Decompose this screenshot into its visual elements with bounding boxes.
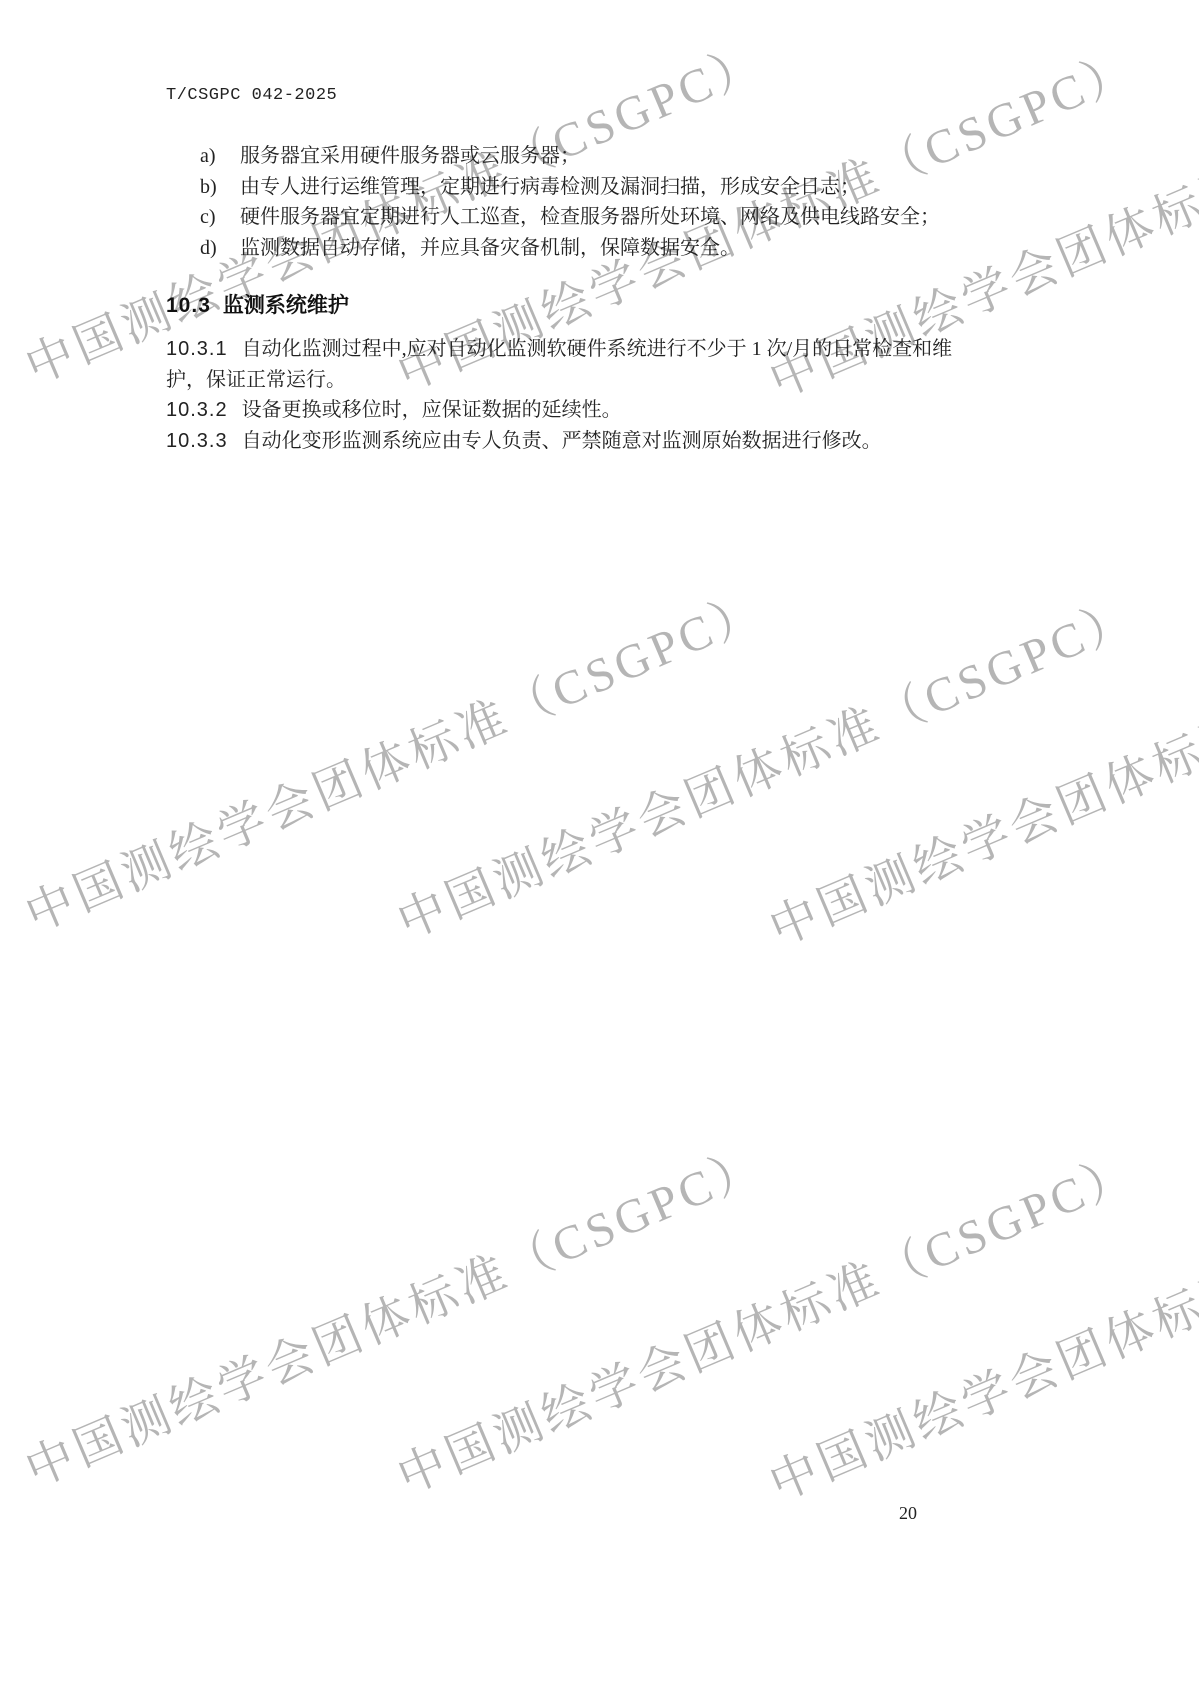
list-item: b)由专人进行运维管理，定期进行病毒检测及漏洞扫描，形成安全日志； [200, 172, 1060, 203]
paragraph-line: 10.3.1自动化监测过程中,应对自动化监测软硬件系统进行不少于 1 次/月的日… [166, 334, 1056, 365]
list-item: d)监测数据自动存储，并应具备灾备机制，保障数据安全。 [200, 233, 1060, 264]
list-item-text: 由专人进行运维管理，定期进行病毒检测及漏洞扫描，形成安全日志； [240, 176, 860, 198]
ordered-list: a)服务器宜采用硬件服务器或云服务器； b)由专人进行运维管理，定期进行病毒检测… [200, 141, 1060, 263]
clause-text: 设备更换或移位时，应保证数据的延续性。 [242, 399, 622, 421]
list-item: c)硬件服务器宜定期进行人工巡查，检查服务器所处环境、网络及供电线路安全； [200, 202, 1060, 233]
clause-number: 10.3.3 [166, 430, 228, 452]
doc-number: T/CSGPC 042-2025 [166, 86, 337, 105]
list-item-text: 服务器宜采用硬件服务器或云服务器； [240, 145, 580, 167]
paragraph-10-3-3: 10.3.3自动化变形监测系统应由专人负责、严禁随意对监测原始数据进行修改。 [166, 426, 1056, 457]
document-page: 中国测绘学会团体标准（CSGPC）中国测绘学会团体标准（CSGPC）中国测绘学会… [0, 0, 1199, 1696]
page-content: T/CSGPC 042-2025 a)服务器宜采用硬件服务器或云服务器； b)由… [0, 0, 1199, 1696]
section-title: 监测系统维护 [223, 294, 349, 317]
paragraph-line: 护，保证正常运行。 [166, 365, 1056, 396]
list-item-label: b) [200, 172, 240, 203]
paragraph-10-3-1: 10.3.1自动化监测过程中,应对自动化监测软硬件系统进行不少于 1 次/月的日… [166, 334, 1056, 396]
list-item-label: d) [200, 233, 240, 264]
paragraph-line: 10.3.3自动化变形监测系统应由专人负责、严禁随意对监测原始数据进行修改。 [166, 426, 1056, 457]
clause-number: 10.3.2 [166, 399, 228, 421]
clause-number: 10.3.1 [166, 338, 228, 360]
page-number: 20 [899, 1503, 917, 1524]
list-item-text: 硬件服务器宜定期进行人工巡查，检查服务器所处环境、网络及供电线路安全； [240, 206, 940, 228]
section-number: 10.3 [166, 294, 211, 317]
clause-text: 自动化变形监测系统应由专人负责、严禁随意对监测原始数据进行修改。 [242, 430, 882, 452]
list-item-text: 监测数据自动存储，并应具备灾备机制，保障数据安全。 [240, 237, 740, 259]
paragraph-line: 10.3.2设备更换或移位时，应保证数据的延续性。 [166, 395, 1056, 426]
clause-text: 自动化监测过程中,应对自动化监测软硬件系统进行不少于 1 次/月的日常检查和维 [242, 338, 953, 360]
list-item-label: c) [200, 202, 240, 233]
list-item: a)服务器宜采用硬件服务器或云服务器； [200, 141, 1060, 172]
list-item-label: a) [200, 141, 240, 172]
section-heading: 10.3监测系统维护 [166, 289, 349, 319]
paragraph-10-3-2: 10.3.2设备更换或移位时，应保证数据的延续性。 [166, 395, 1056, 426]
